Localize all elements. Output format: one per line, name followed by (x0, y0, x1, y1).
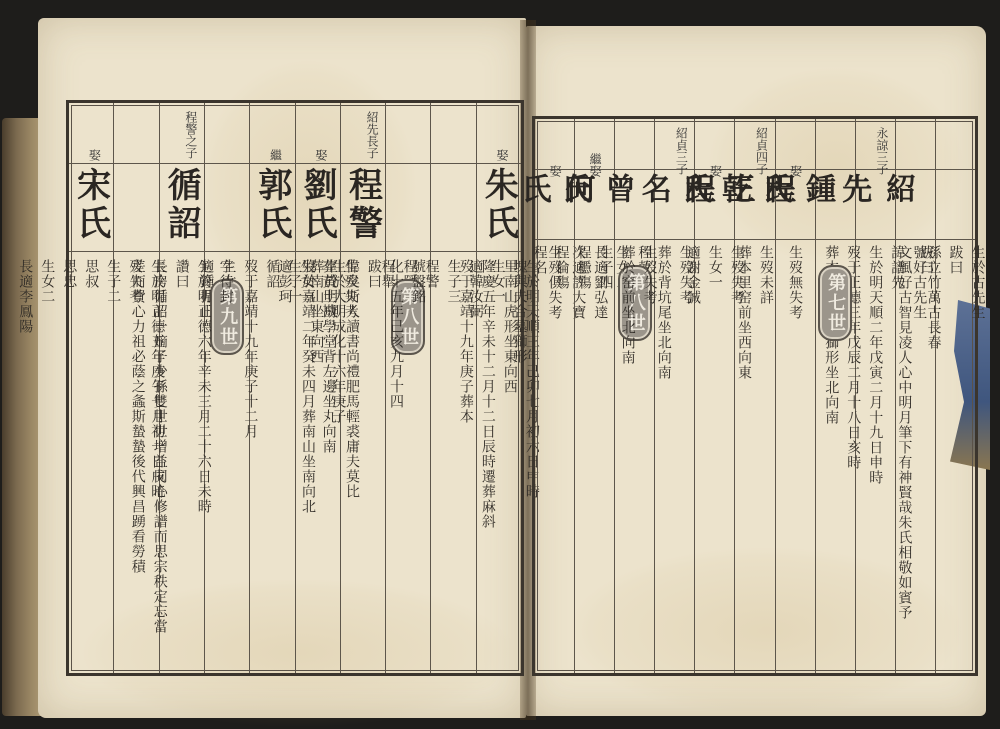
relation-label: 永諒三子 (875, 127, 889, 175)
biography-line: 生歿失考 (678, 245, 694, 667)
right-columns: 生於古先生跋曰孫立竹萬古長春跋曰文風好古智見凌人心中明月筆下有神賢哉朱氏相敬如賓… (535, 119, 975, 673)
person-name: 劉氏 (296, 167, 340, 251)
biography-line: 塊與夫合墓獅形 (512, 259, 528, 667)
person-name: 循詔 (160, 167, 204, 251)
biography-line: 循詔 (264, 259, 280, 667)
biography-line: 程穩殤 (576, 245, 592, 667)
spouse-role-label: 娶 (494, 149, 511, 161)
biography-line: 生歿失考 (642, 245, 658, 667)
left-columns: 娶朱氏生於明天順三年己卯七月初六日申時里南山虎形坐東向西隆慶五年辛未十二月十二日… (69, 103, 521, 673)
biography-line: 生子一 (286, 259, 302, 667)
relation-label: 程警之子 (184, 111, 198, 159)
right-genealogy-table: 生於古先生跋曰孫立竹萬古長春跋曰文風好古智見凌人心中明月筆下有神賢哉朱氏相敬如賓… (532, 116, 978, 676)
biography-line: 生子三 (446, 259, 462, 667)
biography-line: 生歿失考 (729, 245, 745, 667)
person-name: 何氏 (535, 173, 574, 239)
biography-line: 葬於背坑尾坐北向南 (656, 245, 672, 667)
biography-text: 生於大明成化十六年庚子葬南山坐東向西生子一循詔歿于嘉靖十九年庚子十二月生女一適鍾… (252, 259, 292, 667)
person-name: 程名 (655, 173, 694, 239)
spouse-role-label: 繼 (268, 149, 285, 161)
biography-line: 思叔 (83, 259, 99, 667)
spouse-role-label: 娶 (86, 149, 103, 161)
spouse-role-label: 娶 (313, 149, 330, 161)
genealogy-column: 生於古先生跋曰孫立竹萬古長春 (935, 119, 975, 673)
biography-line: 生歿俱失考 (547, 245, 563, 667)
genealogy-column: 紹貞三子程名生歿失考葬於背坑尾坐北向南 (654, 119, 694, 673)
biography-line: 生於明正德六年辛未三月二十六日未時 (196, 259, 212, 667)
biography-line: 化十五年己亥九月十四 (388, 259, 404, 667)
biography-line: 生於明正德五年庚午七月初一日戌時 (149, 259, 165, 667)
genealogy-column: 娶何氏生歿俱失考 (535, 119, 574, 673)
genealogy-column: 塊與夫合墓獅形生女一適韓汝弼生子三程警程隱程舉 (430, 103, 475, 673)
biography-line: 生子四 (598, 245, 614, 667)
relation-label: 紹貞三子 (674, 127, 688, 175)
person-name: 程警 (341, 167, 385, 251)
person-name: 郭氏 (250, 167, 294, 251)
relation-label: 紹先長子 (365, 111, 379, 159)
biography-line: 長適李鳳陽 (17, 259, 33, 667)
biography-line: 生歿無失考 (787, 245, 803, 667)
genealogy-book-spread: 氏會修族譜 三 娶朱氏生於明天順三年己卯七月初六日申時里南山虎形坐東向西隆慶五年… (0, 0, 1000, 729)
biography-text: 字待封生於明正德六年辛未三月二十六日未時讚曰長房循詔一嫡子少孫雙世世增益同心修譜… (162, 259, 202, 667)
biography-line: 諱譜先 (889, 245, 905, 667)
left-genealogy-table: 娶朱氏生於明天順三年己卯七月初六日申時里南山虎形坐東向西隆慶五年辛未十二月十二日… (66, 100, 524, 676)
biography-text: 生於古先生跋曰孫立竹萬古長春 (938, 245, 973, 667)
biography-line: 跋曰 (366, 259, 382, 667)
biography-line: 生於古先生 (969, 245, 985, 667)
biography-line: 字待封 (218, 259, 234, 667)
genealogy-column: 娶宋氏生於明正德五年庚午七月初一日戌時歿失考生子二思叔思忠生女二長適李鳳陽 (69, 103, 113, 673)
biography-text: 生歿無失考 (778, 245, 813, 667)
biography-line: 生女二 (39, 259, 55, 667)
biography-text: 生歿失考生女一適謝金誠 (697, 245, 732, 667)
biography-text: 第七世 (818, 245, 853, 667)
genealogy-column: 繼郭氏生於大明成化十六年庚子葬南山坐東向西生子一循詔歿于嘉靖十九年庚子十二月生女… (249, 103, 294, 673)
genealogy-column: 永諒三子紹先號好古先生諱譜先生於明天順二年戊寅二月十九日申時歿于正德三年戊辰二月… (855, 119, 895, 673)
biography-line: 葬於窑前坐北向南 (620, 245, 636, 667)
biography-line: 生女一 (707, 245, 723, 667)
biography-line: 生女一 (490, 259, 506, 667)
person-name: 宋氏 (69, 167, 113, 251)
generation-badge: 第七世 (818, 265, 852, 341)
biography-text: 號好古先生諱譜先生於明天順二年戊寅二月十九日申時歿于正德三年戊辰二月十八日亥時葬… (858, 245, 893, 667)
biography-line: 思忠 (61, 259, 77, 667)
biography-line: 讚曰 (174, 259, 190, 667)
biography-line: 葬南山坐東向西 (308, 259, 324, 667)
biography-line: 生子二 (105, 259, 121, 667)
relation-label: 紹貞四子 (755, 127, 769, 175)
biography-text: 生歿失考葬於窑前坐北向南生子四程穩殤程倫殤程名 (577, 245, 612, 667)
biography-line: 號盤銘 (410, 259, 426, 667)
person-name: 紹先 (856, 173, 895, 239)
biography-text: 塊與夫合墓獅形生女一適韓汝弼生子三程警程隱程舉 (433, 259, 473, 667)
biography-text: 生歿失考葬於背坑尾坐北向南 (657, 245, 692, 667)
biography-text: 生歿俱失考 (537, 245, 572, 667)
biography-line: 歿失考 (127, 259, 143, 667)
biography-line: 跋曰 (947, 245, 963, 667)
biography-text: 生於明正德五年庚午七月初一日戌時歿失考生子二思叔思忠生女二長適李鳳陽 (71, 259, 111, 667)
biography-line: 生於明天順二年戊寅二月十九日申時 (867, 245, 883, 667)
biography-line: 號好古先生 (911, 245, 927, 667)
biography-line: 生於大明成化十六年庚子 (330, 259, 346, 667)
biography-line: 適韓汝弼 (468, 259, 484, 667)
biography-line: 生歿未詳 (758, 245, 774, 667)
genealogy-column: 程警之子循詔字待封生於明正德六年辛未三月二十六日未時讚曰長房循詔一嫡子少孫雙世世… (159, 103, 204, 673)
